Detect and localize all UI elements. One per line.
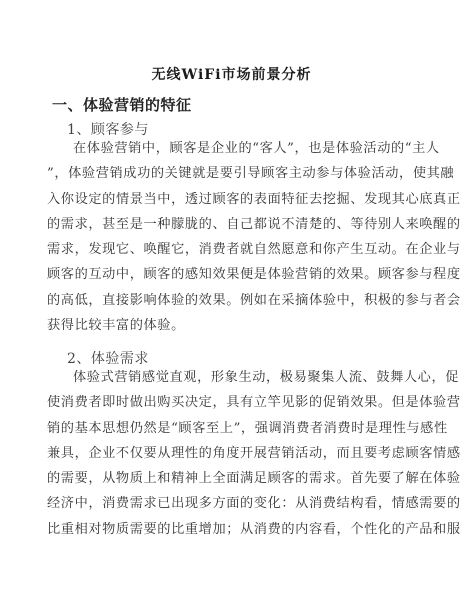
paragraph-experience-needs: 体验式营销感觉直观，形象生动，极易聚集人流、鼓舞人心，促 使消费者即时做出购买决… [47, 365, 413, 542]
text-line: 兼具，企业不仅要从理性的角度开展营销活动，而且要考虑顾客情感 [47, 441, 413, 466]
section-heading: 一、体验营销的特征 [52, 94, 192, 115]
text-line: 销的基本思想仍然是“顾客至上”，强调消费者消费时是理性与感性 [47, 416, 413, 441]
text-line: 体验式营销感觉直观，形象生动，极易聚集人流、鼓舞人心，促 [47, 365, 413, 390]
paragraph-customer-participation: 在体验营销中，顾客是企业的“客人”，也是体验活动的“主人 ”，体验营销成功的关键… [47, 136, 413, 338]
text-line: 需求，发现它、唤醒它，消费者就自然愿意和你产生互动。在企业与 [47, 237, 413, 262]
text-line: 获得比较丰富的体验。 [47, 313, 413, 338]
text-line: 使消费者即时做出购买决定，具有立竿见影的促销效果。但是体验营 [47, 390, 413, 415]
text-line: 在体验营销中，顾客是企业的“客人”，也是体验活动的“主人 [47, 136, 413, 161]
text-line: 比重相对物质需要的比重增加；从消费的内容看，个性化的产品和服 [47, 517, 413, 542]
text-line: 顾客的互动中，顾客的感知效果便是体验营销的效果。顾客参与程度 [47, 262, 413, 287]
document-title: 无线WiFi市场前景分析 [0, 64, 463, 84]
text-line: 入你设定的情景当中，透过顾客的表面特征去挖掘、发现其心底真正 [47, 187, 413, 212]
text-line: 的需要，从物质上和精神上全面满足顾客的需求。首先要了解在体验 [47, 466, 413, 491]
document-page: 无线WiFi市场前景分析 一、体验营销的特征 1、顾客参与 在体验营销中，顾客是… [0, 0, 463, 600]
text-line: 的需求，甚至是一种朦胧的、自己都说不清楚的、等待别人来唤醒的 [47, 212, 413, 237]
text-line: ”，体验营销成功的关键就是要引导顾客主动参与体验活动，使其融 [47, 161, 413, 186]
text-line: 的高低，直接影响体验的效果。例如在采摘体验中，积极的参与者会 [47, 288, 413, 313]
text-line: 经济中，消费需求已出现多方面的变化：从消费结构看，情感需要的 [47, 491, 413, 516]
